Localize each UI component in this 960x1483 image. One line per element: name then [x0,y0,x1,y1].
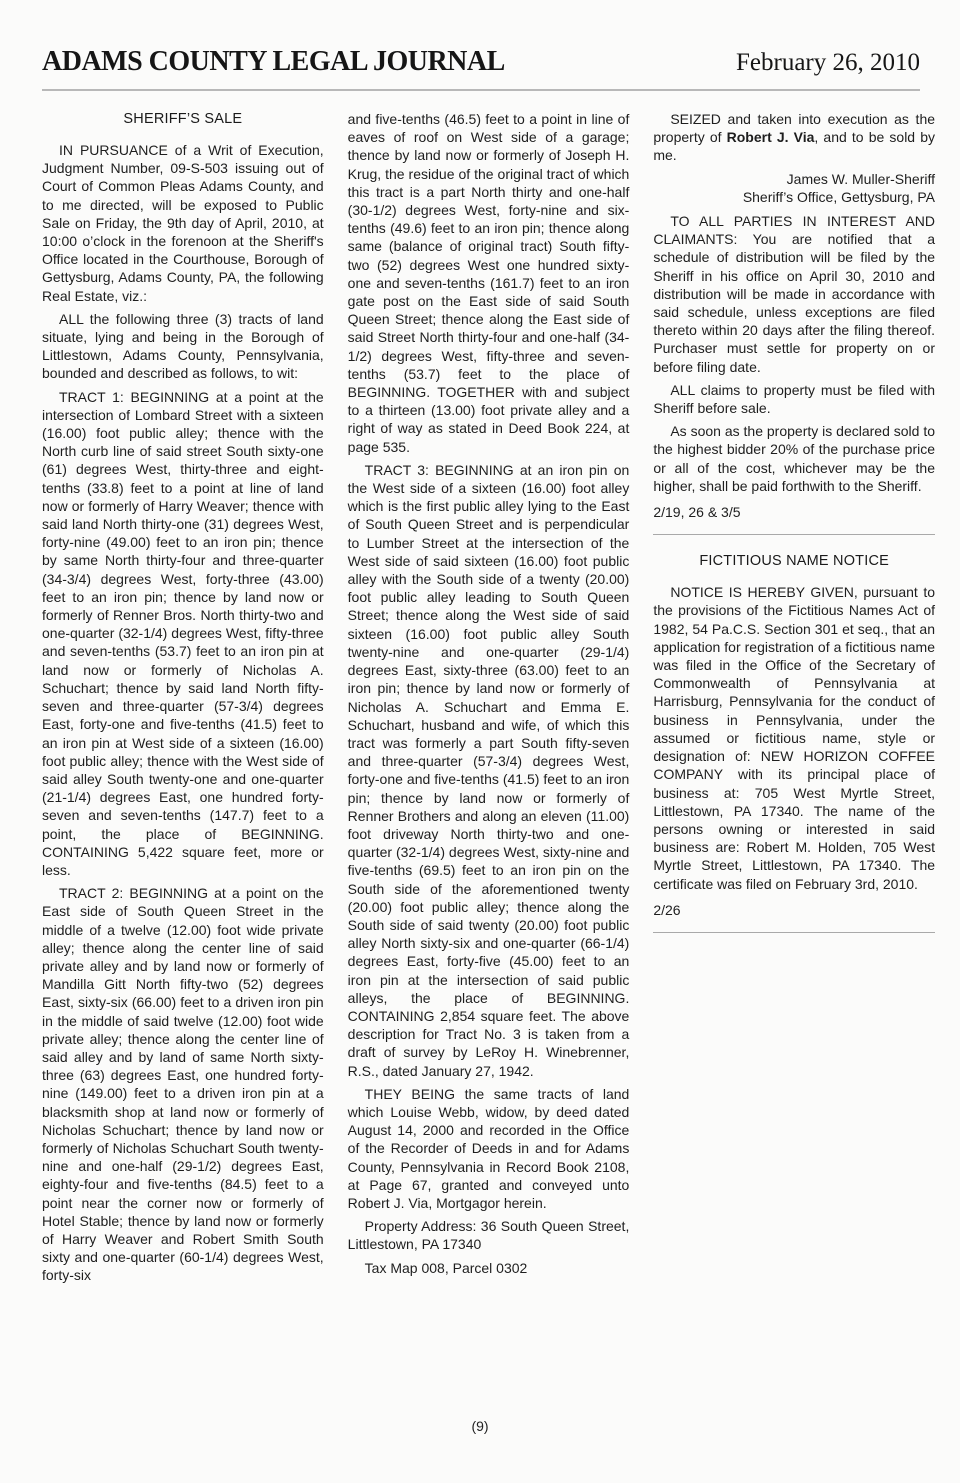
sheriffs-sale-heading: SHERIFF’S SALE [42,110,324,128]
sheriffs-sale-paragraph: IN PURSUANCE of a Writ of Execution, Jud… [42,141,324,305]
page-footer: (9) [0,1418,960,1434]
journal-title: ADAMS COUNTY LEGAL JOURNAL [42,46,505,78]
masthead: ADAMS COUNTY LEGAL JOURNAL February 26, … [42,46,920,78]
they-being-paragraph: THEY BEING the same tracts of land which… [348,1085,630,1212]
header-divider [42,89,920,91]
tax-map-parcel: Tax Map 008, Parcel 0302 [348,1259,630,1277]
fictitious-name-notice-heading: FICTITIOUS NAME NOTICE [653,552,935,570]
content-columns: SHERIFF’S SALE IN PURSUANCE of a Writ of… [42,110,935,1290]
to-all-parties-paragraph: TO ALL PARTIES IN INTEREST AND CLAIMANTS… [653,212,935,376]
sheriff-name: James W. Muller-Sheriff [653,170,935,188]
column-2: and five-tenths (46.5) feet to a point i… [348,110,630,1290]
sheriffs-sale-paragraph: ALL the following three (3) tracts of la… [42,310,324,383]
notice-divider [653,534,935,535]
defendant-name: Robert J. Via [727,129,815,145]
fictitious-notice-run-dates: 2/26 [653,901,935,919]
page-number: (9) [471,1418,488,1434]
tract-3-paragraph: TRACT 3: BEGINNING at an iron pin on the… [348,461,630,1080]
seized-paragraph: SEIZED and taken into execution as the p… [653,110,935,165]
tract-1-paragraph: TRACT 1: BEGINNING at a point at the int… [42,388,324,879]
as-soon-paragraph: As soon as the property is declared sold… [653,422,935,495]
column-3: SEIZED and taken into execution as the p… [653,110,935,1290]
issue-date: February 26, 2010 [736,49,920,77]
all-claims-paragraph: ALL claims to property must be filed wit… [653,381,935,417]
fictitious-name-notice-paragraph: NOTICE IS HEREBY GIVEN, pursuant to the … [653,583,935,892]
tract-2-continuation-paragraph: and five-tenths (46.5) feet to a point i… [348,110,630,456]
sheriffs-sale-run-dates: 2/19, 26 & 3/5 [653,503,935,521]
notice-divider [653,932,935,933]
column-1: SHERIFF’S SALE IN PURSUANCE of a Writ of… [42,110,324,1290]
sheriff-office: Sheriff’s Office, Gettysburg, PA [653,188,935,206]
journal-page: ADAMS COUNTY LEGAL JOURNAL February 26, … [0,0,960,1483]
tract-2-paragraph: TRACT 2: BEGINNING at a point on the Eas… [42,884,324,1284]
property-address: Property Address: 36 South Queen Street,… [348,1217,630,1253]
signature-block: James W. Muller-Sheriff Sheriff’s Office… [653,170,935,206]
